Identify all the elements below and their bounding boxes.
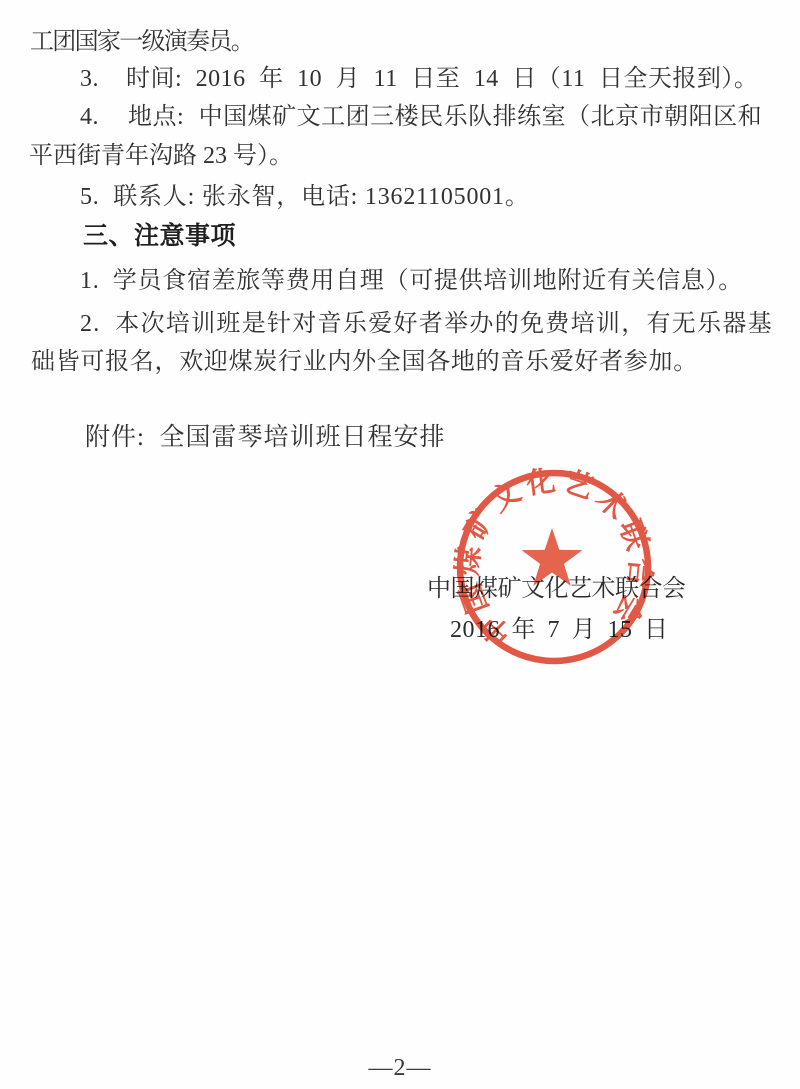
body-line: 工团国家一级演奏员。 <box>30 27 253 57</box>
body-line: 础皆可报名，欢迎煤炭行业内外全国各地的音乐爱好者参加。 <box>31 347 698 377</box>
body-line: 4. 地点: 中国煤矿文工团三楼民乐队排练室（北京市朝阳区和 <box>80 102 762 132</box>
body-line: 2. 本次培训班是针对音乐爱好者举办的免费培训，有无乐器基 <box>80 309 773 339</box>
attachment-line: 附件: 全国雷琴培训班日程安排 <box>85 423 445 453</box>
signature-org: 中国煤矿文化艺术联合会 <box>427 574 686 604</box>
body-line: 5. 联系人: 张永智，电话: 13621105001。 <box>80 182 530 212</box>
body-line: 3. 时间: 2016 年 10 月 11 日至 14 日（11 日全天报到）。 <box>80 64 758 94</box>
page-number: —2— <box>0 1053 800 1083</box>
body-line: 平西街青年沟路 23 号）。 <box>29 141 293 171</box>
body-line: 1. 学员食宿差旅等费用自理（可提供培训地附近有关信息）。 <box>80 266 743 296</box>
section-heading: 三、注意事项 <box>83 221 236 251</box>
document-page: 工团国家一级演奏员。 3. 时间: 2016 年 10 月 11 日至 14 日… <box>0 0 800 1089</box>
signature-date: 2016 年 7 月 15 日 <box>450 615 669 645</box>
